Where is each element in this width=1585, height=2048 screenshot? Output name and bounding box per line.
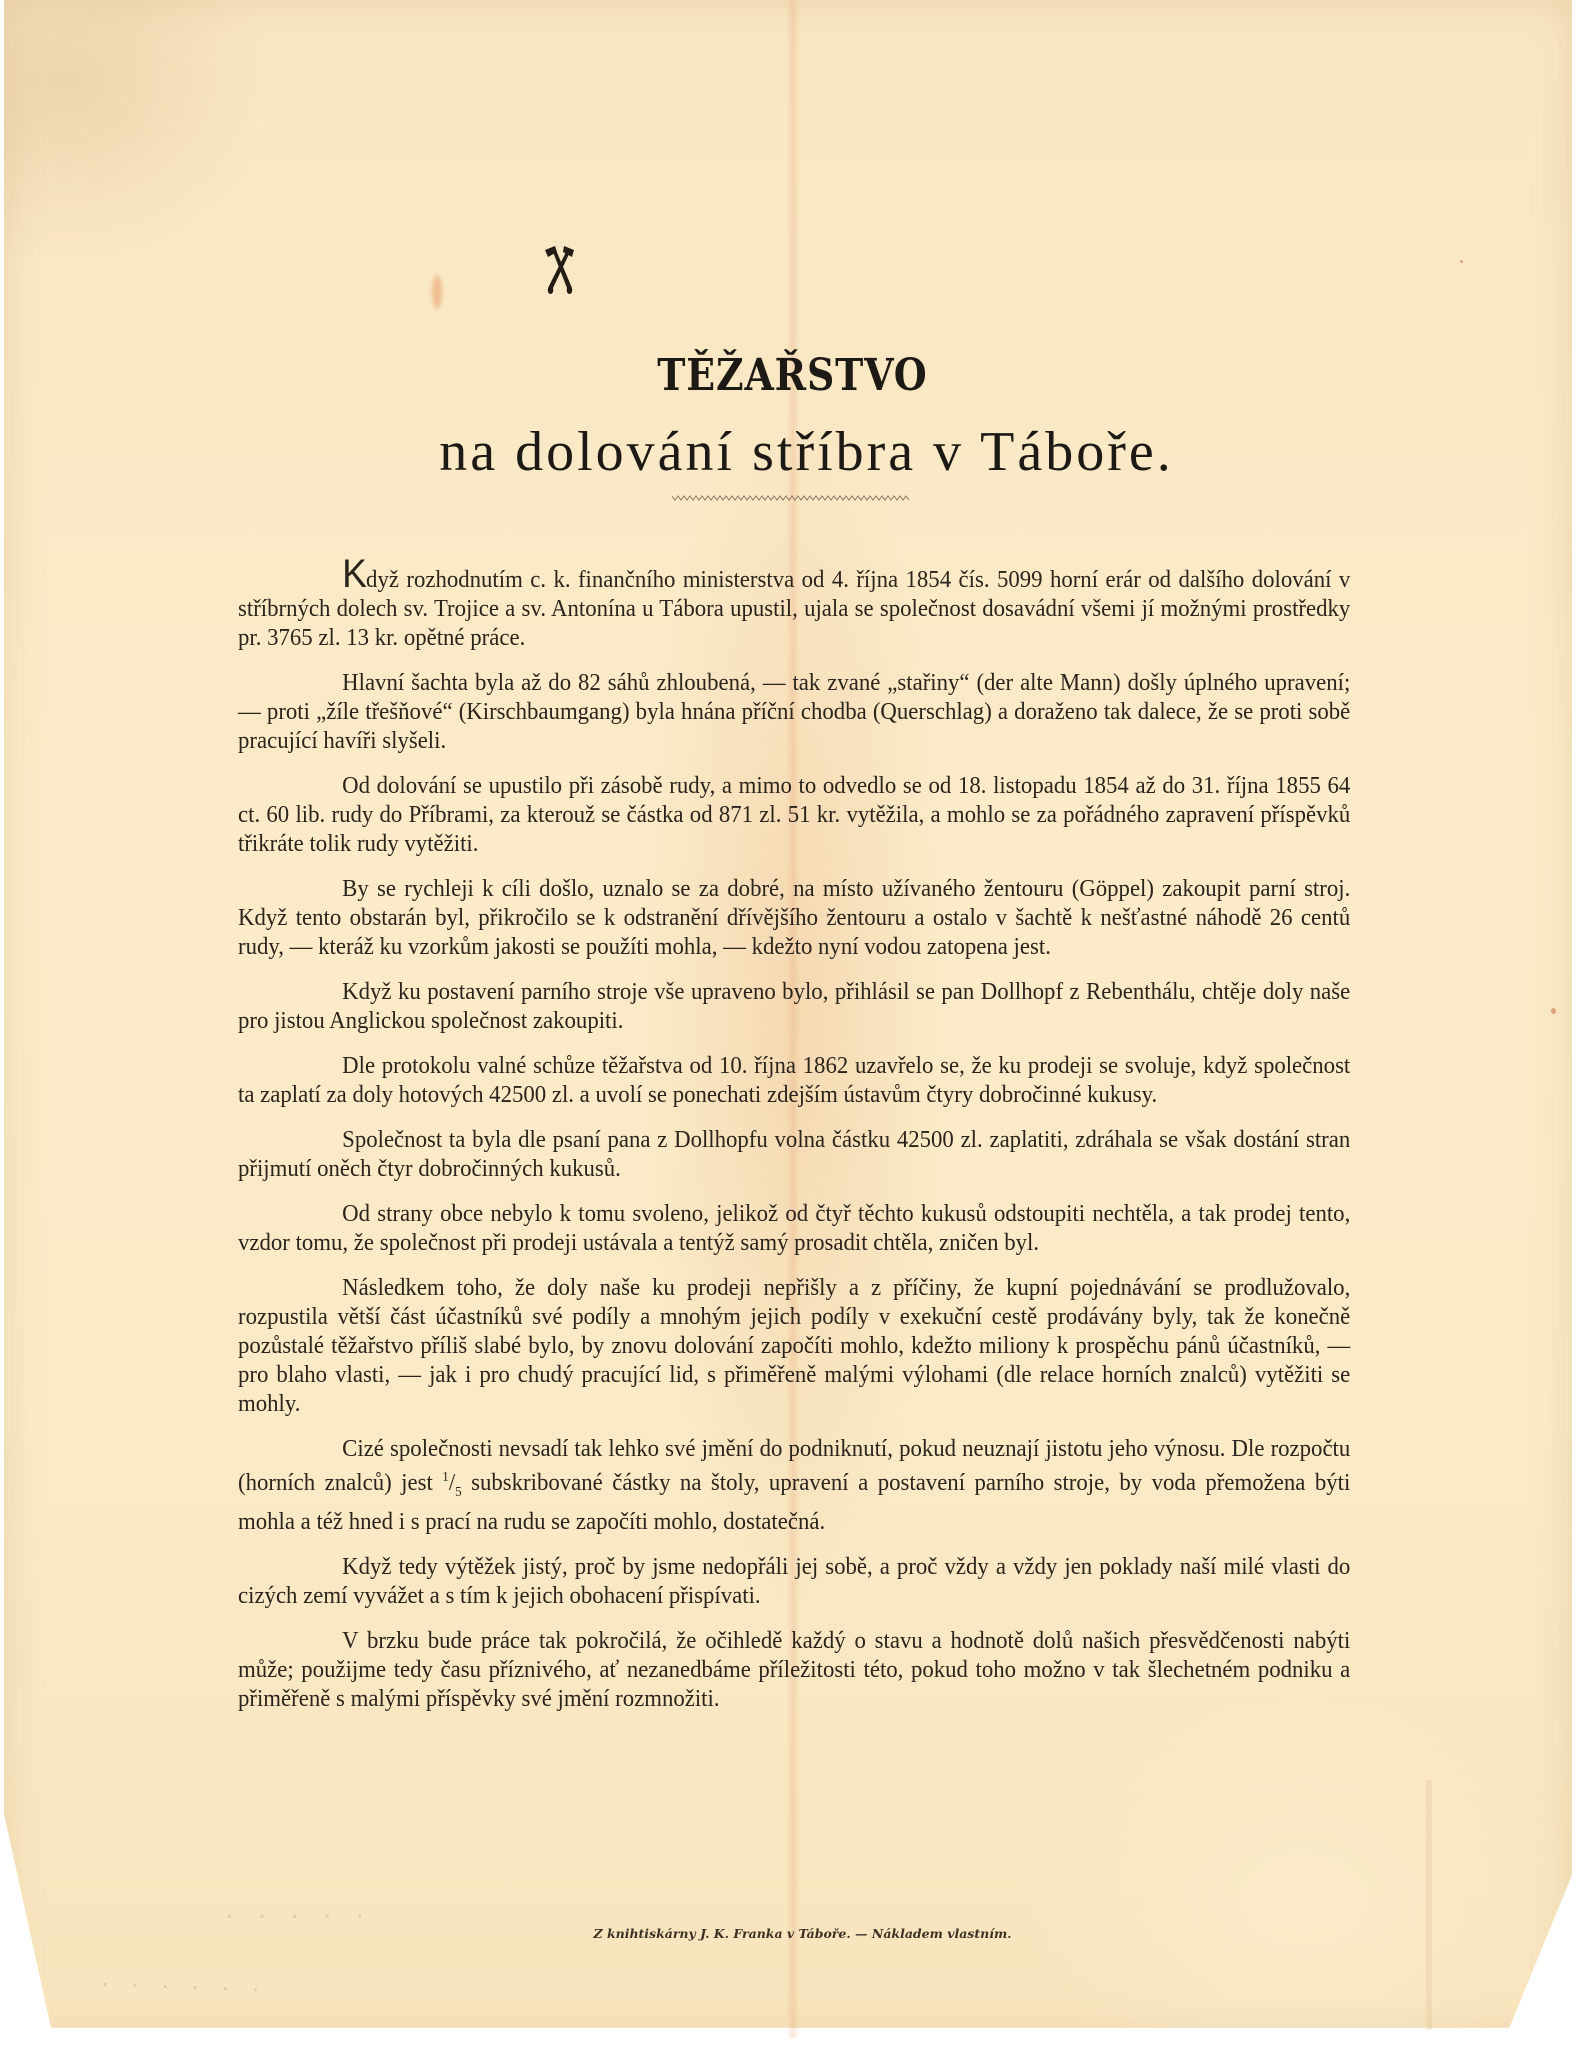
paper-stain — [432, 275, 442, 309]
paper-fold-lower — [1426, 1780, 1432, 2030]
paragraph: By se rychleji k cíli došlo, uznalo se z… — [238, 874, 1350, 961]
crossed-hammers-icon — [542, 244, 578, 296]
fraction: 1/5 — [442, 1469, 461, 1496]
paper-speck — [1551, 1008, 1556, 1014]
paragraph: Cizé společnosti nevsadí tak lehko své j… — [238, 1434, 1350, 1536]
paragraph: Společnost ta byla dle psaní pana z Doll… — [238, 1125, 1350, 1183]
paper-speck — [1460, 260, 1463, 263]
pencil-bleedthrough: · · · · · — [220, 1905, 366, 1930]
paragraph: Od strany obce nebylo k tomu svoleno, je… — [238, 1199, 1350, 1257]
paragraph: Následkem toho, že doly naše ku prodeji … — [238, 1273, 1350, 1418]
drop-cap: K — [342, 552, 366, 596]
document-title: TĚŽAŘSTVO — [111, 350, 1474, 401]
paragraph: V brzku bude práce tak pokročilá, že oči… — [238, 1626, 1350, 1713]
paragraph: Když tedy výtěžek jistý, proč by jsme ne… — [238, 1552, 1350, 1610]
paragraph: Od dolování se upustilo při zásobě rudy,… — [238, 771, 1350, 858]
paragraph: Dle protokolu valné schůze těžařstva od … — [238, 1051, 1350, 1109]
ornamental-divider — [672, 494, 910, 502]
document-body: Když rozhodnutím c. k. finančního minist… — [238, 560, 1350, 1729]
paragraph: Když ku postavení parního stroje vše upr… — [238, 977, 1350, 1035]
paragraph: Když rozhodnutím c. k. finančního minist… — [238, 560, 1350, 652]
document-subtitle: na dolování stříbra v Táboře. — [0, 420, 1585, 484]
paragraph: Hlavní šachta byla až do 82 sáhů zhloube… — [238, 668, 1350, 755]
